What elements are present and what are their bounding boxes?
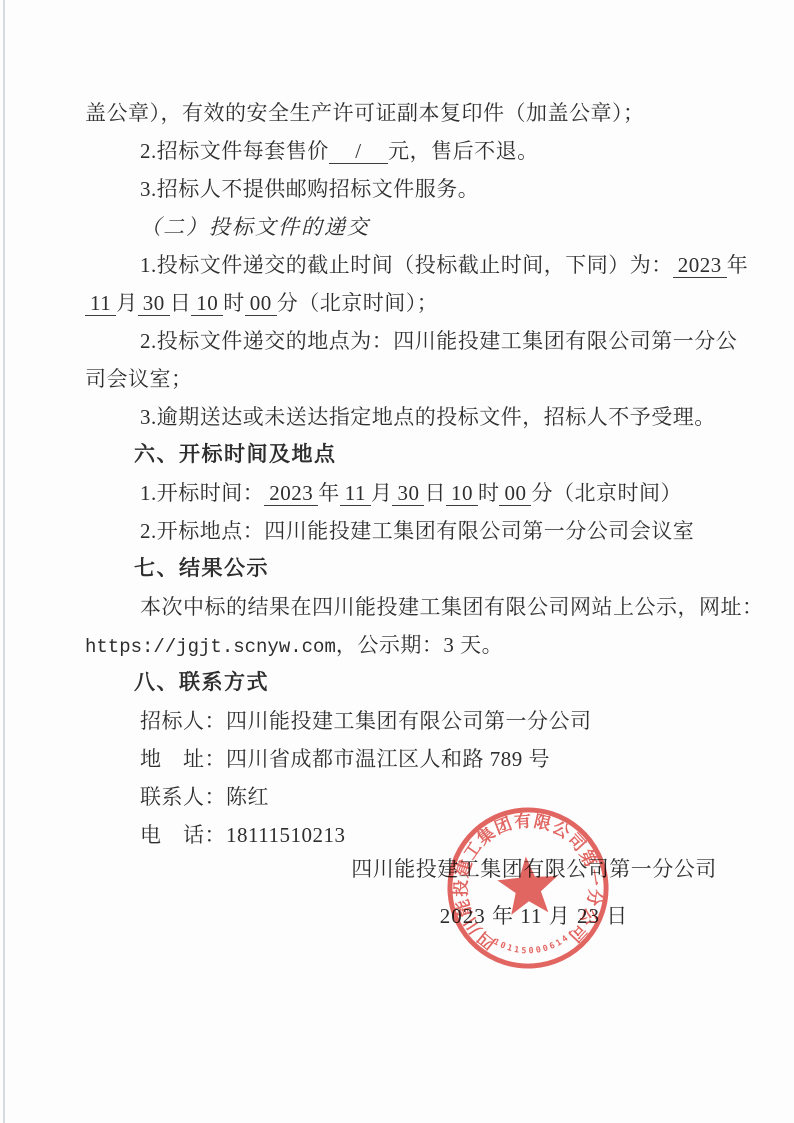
company-seal: 四川能投建工集团有限公司第一分公司 5101150006145 <box>438 798 617 977</box>
text-line: 11月30日10时00分（北京时间）； <box>85 284 714 322</box>
text-line: 盖公章），有效的安全生产许可证副本复印件（加盖公章）； <box>85 94 714 132</box>
text-segment: 司会议室； <box>85 367 193 391</box>
underlined-value: 00 <box>245 291 277 316</box>
text-segment: 盖公章），有效的安全生产许可证副本复印件（加盖公章）； <box>85 101 645 125</box>
text-line: （二）投标文件的递交 <box>85 208 714 246</box>
text-segment: 七、结果公示 <box>134 557 269 580</box>
text-segment: 月 <box>116 291 138 315</box>
text-segment: 年 <box>318 481 340 505</box>
underlined-value: 30 <box>392 481 424 506</box>
text-segment: 日 <box>170 291 192 315</box>
text-line: 司会议室； <box>85 360 714 398</box>
page: 盖公章），有效的安全生产许可证副本复印件（加盖公章）；2.招标文件每套售价 / … <box>0 0 794 1123</box>
text-segment: 时 <box>478 481 500 505</box>
text-segment: 本次中标的结果在四川能投建工集团有限公司网站上公示，网址： <box>140 595 764 619</box>
text-line: 2.开标地点：四川能投建工集团有限公司第一分公司会议室 <box>85 512 714 550</box>
underlined-value: 11 <box>85 291 116 316</box>
document-body: 盖公章），有效的安全生产许可证副本复印件（加盖公章）；2.招标文件每套售价 / … <box>85 94 714 854</box>
underlined-value: 11 <box>340 481 371 506</box>
text-segment: 3.逾期送达或未送达指定地点的投标文件，招标人不予受理。 <box>140 405 716 429</box>
underlined-value: 10 <box>191 291 223 316</box>
text-line: 八、联系方式 <box>85 664 714 702</box>
text-line: 本次中标的结果在四川能投建工集团有限公司网站上公示，网址： <box>85 588 714 626</box>
url-text: https://jgjt.scnyw.com <box>85 636 336 658</box>
text-segment: 电 话：18111510213 <box>140 823 345 847</box>
underlined-value: / <box>329 139 388 164</box>
text-segment: ，公示期：3 天。 <box>336 633 503 657</box>
text-segment: （二）投标文件的递交 <box>140 215 370 239</box>
text-line: 六、开标时间及地点 <box>85 436 714 474</box>
text-segment: 2.招标文件每套售价 <box>140 139 329 163</box>
text-line: 七、结果公示 <box>85 550 714 588</box>
seal-star-icon <box>496 854 560 915</box>
text-line: 3.招标人不提供邮购招标文件服务。 <box>85 170 714 208</box>
text-line: 3.逾期送达或未送达指定地点的投标文件，招标人不予受理。 <box>85 398 714 436</box>
text-line: 2.招标文件每套售价 / 元，售后不退。 <box>85 132 714 170</box>
scan-edge-artifact <box>3 0 5 1123</box>
text-segment: 3.招标人不提供邮购招标文件服务。 <box>140 177 479 201</box>
text-segment: 年 <box>727 253 749 277</box>
text-line: https://jgjt.scnyw.com，公示期：3 天。 <box>85 626 714 664</box>
text-segment: 1.开标时间： <box>140 481 264 505</box>
text-segment: 2.投标文件递交的地点为：四川能投建工集团有限公司第一分公 <box>140 329 737 353</box>
text-segment: 八、联系方式 <box>134 671 269 694</box>
text-segment: 分（北京时间）； <box>277 291 439 315</box>
underlined-value: 30 <box>138 291 170 316</box>
underlined-value: 2023 <box>264 481 318 506</box>
text-line: 2.投标文件递交的地点为：四川能投建工集团有限公司第一分公 <box>85 322 714 360</box>
text-segment: 日 <box>424 481 446 505</box>
text-segment: 1.投标文件递交的截止时间（投标截止时间，下同）为： <box>140 253 673 277</box>
text-line: 1.投标文件递交的截止时间（投标截止时间，下同）为：2023年 <box>85 246 714 284</box>
text-segment: 招标人：四川能投建工集团有限公司第一分公司 <box>140 709 592 733</box>
text-segment: 分（北京时间） <box>531 481 682 505</box>
text-line: 招标人：四川能投建工集团有限公司第一分公司 <box>85 702 714 740</box>
text-line: 联系人：陈红 <box>85 778 714 816</box>
underlined-value: 10 <box>446 481 478 506</box>
text-segment: 六、开标时间及地点 <box>134 443 337 466</box>
text-segment: 联系人：陈红 <box>140 785 269 809</box>
text-segment: 元，售后不退。 <box>388 139 539 163</box>
underlined-value: 2023 <box>673 253 727 278</box>
text-segment: 2.开标地点：四川能投建工集团有限公司第一分公司会议室 <box>140 519 694 543</box>
text-segment: 月 <box>371 481 393 505</box>
underlined-value: 00 <box>499 481 531 506</box>
text-segment: 时 <box>223 291 245 315</box>
text-segment: 地 址：四川省成都市温江区人和路 789 号 <box>140 747 550 771</box>
text-line: 1.开标时间：2023年11月30日10时00分（北京时间） <box>85 474 714 512</box>
text-line: 电 话：18111510213 <box>85 816 714 854</box>
text-line: 地 址：四川省成都市温江区人和路 789 号 <box>85 740 714 778</box>
